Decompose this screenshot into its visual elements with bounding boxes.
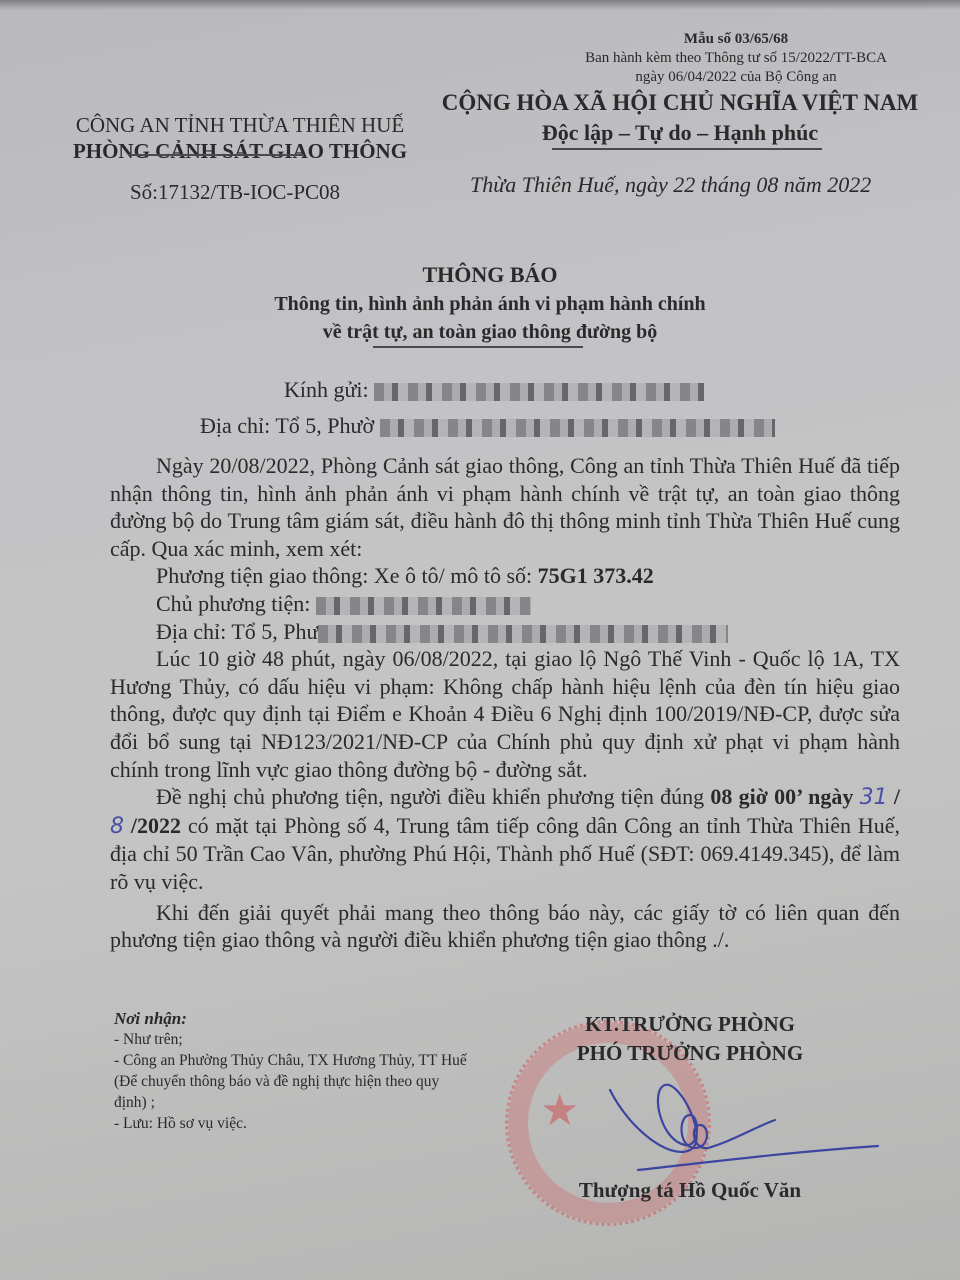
document-title-block: THÔNG BÁO Thông tin, hình ảnh phản ánh v… (200, 260, 780, 346)
nation-name: CỘNG HÒA XÃ HỘI CHỦ NGHĨA VIỆT NAM (430, 88, 930, 118)
vehicle-line: Phương tiện giao thông: Xe ô tô/ mô tô s… (110, 562, 900, 590)
handwritten-day: 31 (860, 785, 888, 810)
addressee-block: Kính gửi: Địa chỉ: Tổ 5, Phườ (200, 372, 775, 444)
document-title: THÔNG BÁO (200, 260, 780, 290)
owner-address-line: Địa chỉ: Tổ 5, Phư (110, 618, 900, 646)
document-subtitle-1: Thông tin, hình ảnh phản ánh vi phạm hàn… (200, 290, 780, 318)
form-issued-with: Ban hành kèm theo Thông tư số 15/2022/TT… (556, 49, 916, 68)
owner-line: Chủ phương tiện: (110, 590, 900, 618)
handwritten-month: 8 (110, 814, 124, 839)
form-code-block: Mẫu số 03/65/68 Ban hành kèm theo Thông … (556, 30, 916, 87)
document-subtitle-2: về trật tự, an toàn giao thông đường bộ (200, 318, 780, 346)
recipients-block: Nơi nhận: - Như trên; - Công an Phường T… (114, 1008, 474, 1134)
motto-underline (552, 148, 822, 150)
recipients-heading: Nơi nhận: (114, 1008, 474, 1029)
redacted-owner-name (316, 597, 531, 615)
signature-title-line2: PHÓ TRƯỞNG PHÒNG (540, 1039, 840, 1068)
signer-name: Thượng tá Hồ Quốc Văn (540, 1178, 840, 1203)
redacted-addressee-name (374, 383, 704, 401)
vehicle-plate: 75G1 373.42 (538, 563, 654, 588)
national-header: CỘNG HÒA XÃ HỘI CHỦ NGHĨA VIỆT NAM Độc l… (430, 88, 930, 148)
owner-address-label: Địa chỉ: Tổ 5, Phư (156, 619, 318, 644)
request-paragraph: Đề nghị chủ phương tiện, người điều khiể… (110, 783, 900, 895)
addressee-label: Kính gửi: (284, 377, 369, 402)
redacted-addressee-address (380, 419, 775, 437)
place-date: Thừa Thiên Huế, ngày 22 tháng 08 năm 202… (470, 172, 871, 198)
agency-parent: CÔNG AN TỈNH THỪA THIÊN HUẾ (50, 112, 430, 138)
intro-paragraph: Ngày 20/08/2022, Phòng Cảnh sát giao thô… (110, 452, 900, 562)
request-time: 08 giờ 00’ ngày (710, 784, 853, 809)
redacted-owner-address (318, 625, 728, 643)
recipient-item: - Lưu: Hồ sơ vụ việc. (114, 1113, 474, 1134)
handwritten-signature-icon (560, 1070, 880, 1180)
paper-top-edge (0, 0, 960, 10)
addressee-address-label: Địa chỉ: Tổ 5, Phườ (200, 413, 374, 438)
request-suffix: có mặt tại Phòng số 4, Trung tâm tiếp cô… (110, 813, 900, 894)
title-underline (373, 346, 583, 348)
notice-body: Ngày 20/08/2022, Phòng Cảnh sát giao thô… (110, 452, 900, 954)
vehicle-label: Phương tiện giao thông: Xe ô tô/ mô tô s… (156, 563, 538, 588)
form-issued-date: ngày 06/04/2022 của Bộ Công an (556, 68, 916, 87)
nation-motto: Độc lập – Tự do – Hạnh phúc (430, 118, 930, 148)
signature-title-block: KT.TRƯỞNG PHÒNG PHÓ TRƯỞNG PHÒNG (540, 1010, 840, 1068)
agency-header: CÔNG AN TỈNH THỪA THIÊN HUẾ PHÒNG CẢNH S… (50, 112, 430, 164)
recipient-item: - Công an Phường Thủy Châu, TX Hương Thủ… (114, 1050, 474, 1113)
owner-label: Chủ phương tiện: (156, 591, 310, 616)
violation-paragraph: Lúc 10 giờ 48 phút, ngày 06/08/2022, tại… (110, 645, 900, 783)
request-prefix: Đề nghị chủ phương tiện, người điều khiể… (156, 784, 710, 809)
form-code: Mẫu số 03/65/68 (556, 30, 916, 49)
recipient-item: - Như trên; (114, 1029, 474, 1050)
document-number: Số:17132/TB-IOC-PC08 (130, 180, 340, 205)
agency-underline (128, 154, 304, 156)
request-year: /2022 (131, 813, 181, 838)
agency-department: PHÒNG CẢNH SÁT GIAO THÔNG (50, 138, 430, 164)
signature-title-line1: KT.TRƯỞNG PHÒNG (540, 1010, 840, 1039)
closing-paragraph: Khi đến giải quyết phải mang theo thông … (110, 899, 900, 954)
